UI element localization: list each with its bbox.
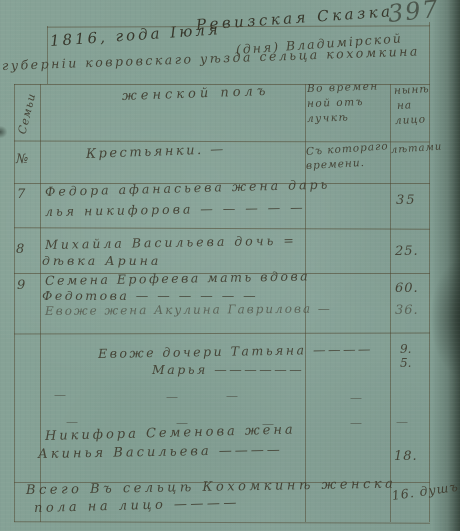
- daughters-line2: Марья ——————: [152, 364, 304, 377]
- col-header-gender: женской полъ: [122, 85, 270, 103]
- summary-line1: Всего Въ сельцѣ Кохомкинѣ женска: [26, 478, 397, 497]
- row7-line2: лья никифорова — — — — —: [45, 201, 306, 218]
- row9-number: 9: [17, 279, 25, 292]
- filler-dash: —: [66, 416, 78, 428]
- wife-age: 18.: [394, 450, 418, 463]
- row9-line1: Семена Ерофеева мать вдова: [45, 270, 310, 287]
- row8-line1: Михайла Васильева дочь =: [45, 235, 297, 252]
- row9-age2: 36.: [395, 304, 419, 317]
- summary-line2: пола на лицо ————: [34, 497, 240, 515]
- border-left: [14, 84, 15, 522]
- margin-speck: [0, 126, 7, 138]
- document-scan-page: 397 1816, года Іюля Ревизская Сказка (дн…: [0, 0, 460, 531]
- row9-line2: Федотова — — — — — —: [42, 290, 258, 303]
- row8-number: 8: [16, 243, 24, 256]
- rule-row7-bottom: [14, 227, 430, 230]
- col-header-number: №: [16, 153, 28, 166]
- filler-dash: —: [350, 417, 362, 429]
- col-header-present-line2: на: [397, 100, 413, 111]
- wife-line2: Акинья Васильева ————: [38, 444, 283, 461]
- col-header-absence-line1: Во времен: [307, 81, 379, 94]
- row8-age: 25.: [395, 245, 419, 258]
- row7-line1: Федора афанасьева жена дарь: [45, 179, 331, 199]
- rule-row9-bottom: [14, 332, 430, 334]
- filler-dash: —: [350, 392, 362, 404]
- row7-number: 7: [17, 188, 25, 201]
- row9-age1: 60.: [395, 282, 419, 295]
- absence-sub-line1: Съ котораго: [306, 141, 389, 157]
- rule-bottom: [14, 521, 430, 524]
- title-line3: губерніи ковровскаго уѣзда сельца кохомк…: [2, 45, 420, 72]
- page-edge-stain: [430, 258, 460, 378]
- title-box-right-line: [429, 22, 430, 84]
- group-row-label: Крестьянки. —: [86, 143, 226, 161]
- filler-dash: —: [396, 416, 408, 428]
- filler-dash: —: [166, 391, 178, 403]
- wife-line1: Никифора Семенова жена: [45, 423, 296, 443]
- row8-line2: дѣвка Арина: [42, 255, 161, 268]
- title-heading: Ревизская Сказка: [195, 4, 394, 33]
- absence-sub-line2: времени.: [306, 158, 365, 172]
- filler-dash: —: [226, 390, 238, 402]
- col-header-absence-line2: ной отъ: [307, 97, 364, 109]
- col-header-absence-line3: лучкѣ: [307, 113, 350, 125]
- row7-age: 35: [396, 194, 417, 207]
- title-box-left-line: [47, 26, 48, 84]
- daughters-age1: 9.: [400, 343, 411, 355]
- row9-line3: Евоже жена Акулина Гаврилова —: [45, 302, 332, 317]
- daughters-line1: Евоже дочери Татьяна ————: [98, 343, 373, 360]
- col-header-present-line3: лицо: [395, 114, 427, 126]
- page-number: 397: [387, 0, 441, 26]
- filler-dash: —: [54, 389, 66, 401]
- col-header-family: Семьи: [13, 78, 41, 149]
- daughters-age2: 5.: [400, 357, 411, 369]
- col-header-present-line1: нынѣ: [394, 84, 430, 96]
